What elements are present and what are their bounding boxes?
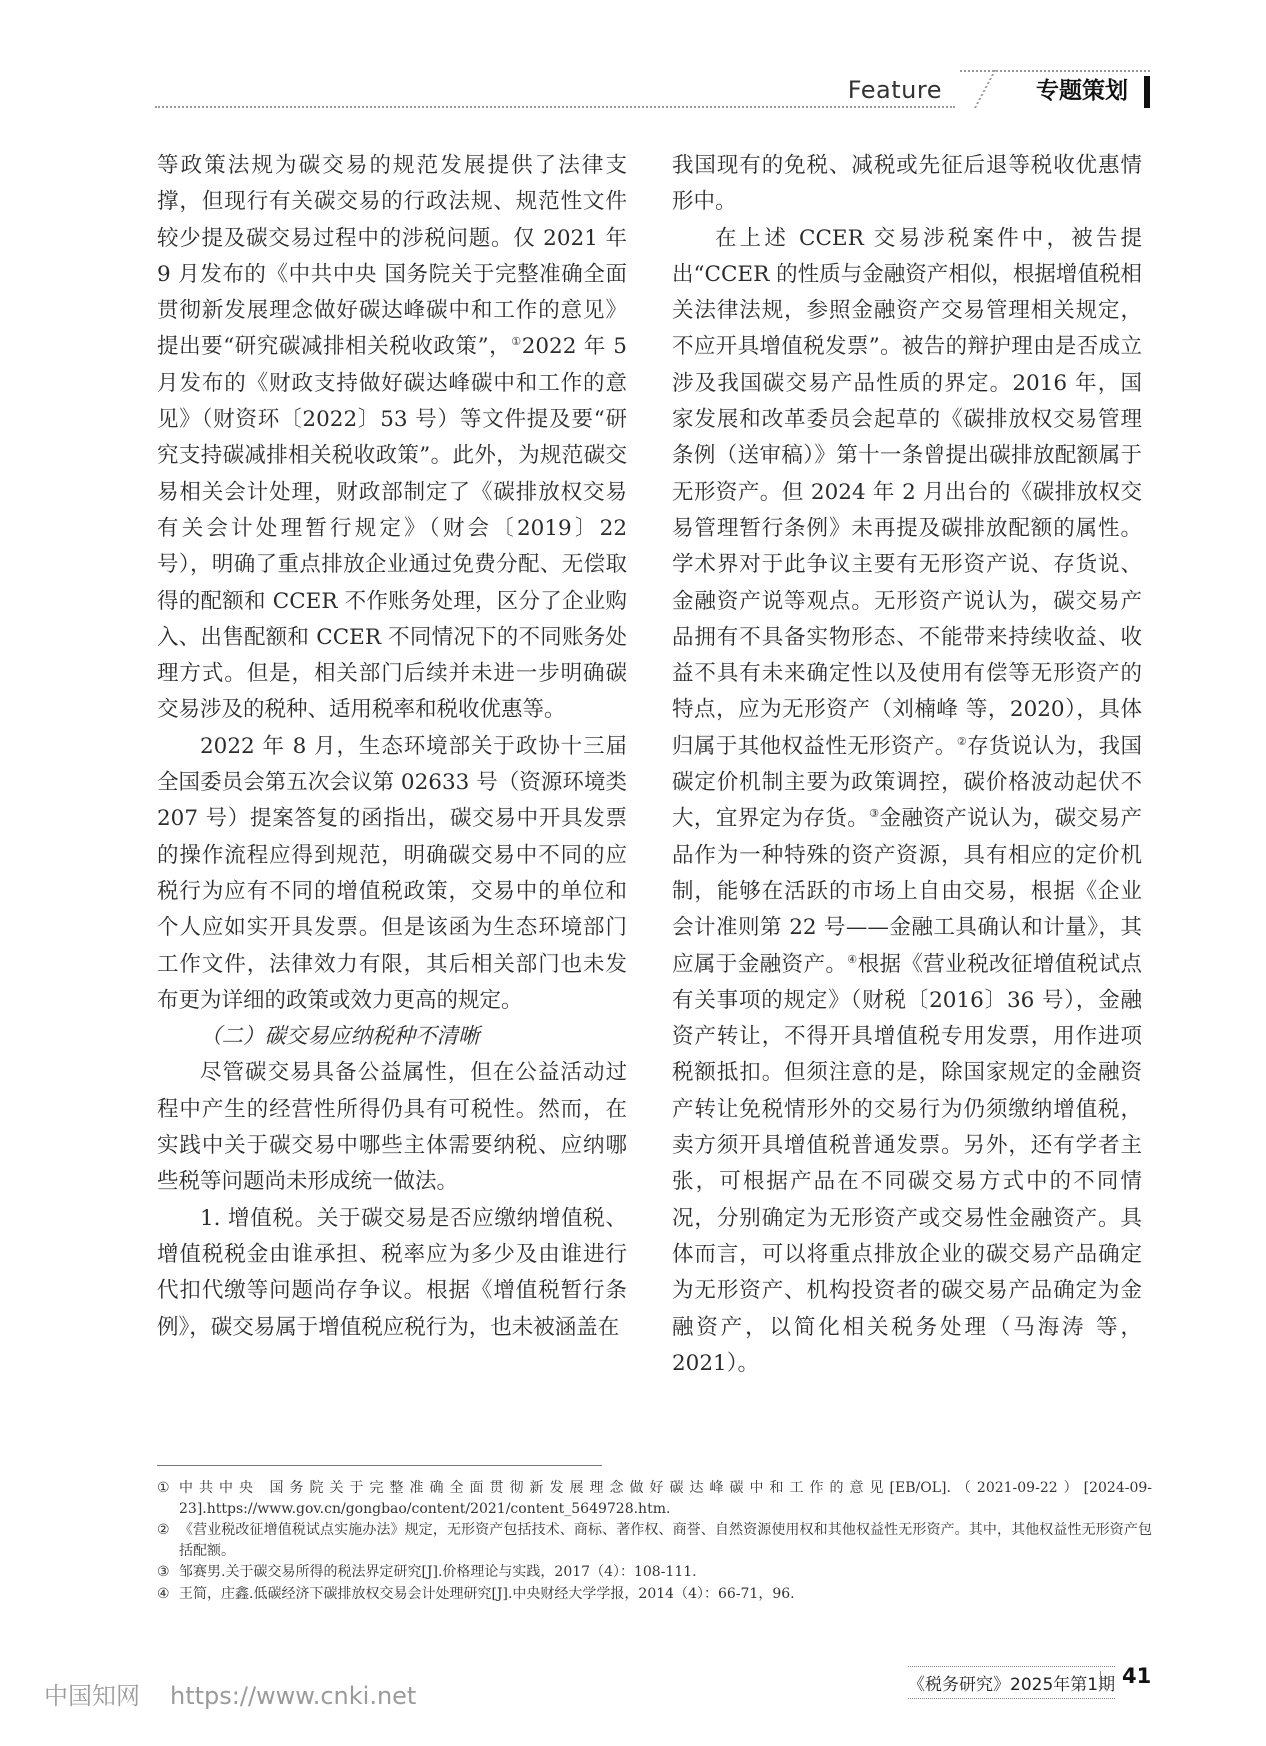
footnote-item: ② 《营业税改征增值税试点实施办法》规定，无形资产包括技术、商标、著作权、商誉、… — [157, 1520, 1152, 1561]
section-label-en: Feature — [848, 76, 942, 104]
cnki-watermark: 中国知网https://www.cnki.net — [44, 1676, 416, 1711]
footnote-item: ④ 王简，庄鑫.低碳经济下碳排放权交易会计处理研究[J].中央财经大学学报，20… — [157, 1584, 1152, 1605]
paragraph-text: 2022 年 5 月发布的《财政支持做好碳达峰碳中和工作的意见》（财资环〔202… — [157, 334, 627, 722]
watermark-url[interactable]: https://www.cnki.net — [170, 1682, 416, 1710]
right-column: 我国现有的免税、减税或先征后退等税收优惠情形中。 在上述 CCER 交易涉税案件… — [672, 148, 1142, 1382]
header-slash-divider — [974, 70, 998, 108]
footer-divider — [1100, 1671, 1101, 1691]
footnote-number: ③ — [157, 1562, 179, 1583]
paragraph: 尽管碳交易具备公益属性，但在公益活动过程中产生的经营性所得仍具有可税性。然而，在… — [157, 1055, 627, 1200]
running-header: Feature 专题策划 — [155, 70, 1150, 112]
paragraph: 2022 年 8 月，生态环境部关于政协十三届全国委员会第五次会议第 02633… — [157, 729, 627, 1019]
header-dotted-rule — [155, 106, 955, 108]
footnote-ref-3[interactable]: ③ — [869, 807, 879, 820]
footnote-number: ① — [157, 1478, 179, 1519]
paragraph-text: 根据《营业税改征增值税试点有关事项的规定》（财税〔2016〕36 号），金融资产… — [672, 952, 1142, 1376]
header-bar-marker — [1144, 76, 1150, 108]
footnote-ref-4[interactable]: ④ — [847, 952, 857, 965]
footnote-text: 邹赛男.关于碳交易所得的税法界定研究[J].价格理论与实践，2017（4）：10… — [179, 1562, 1152, 1583]
footnote-text: 中共中央 国务院关于完整准确全面贯彻新发展理念做好碳达峰碳中和工作的意见[EB/… — [179, 1478, 1152, 1519]
footnote-separator — [157, 1465, 602, 1466]
paragraph: 1. 增值税。关于碳交易是否应缴纳增值税、增值税税金由谁承担、税率应为多少及由谁… — [157, 1201, 627, 1346]
footnote-ref-2[interactable]: ② — [957, 735, 967, 748]
footnote-text: 王简，庄鑫.低碳经济下碳排放权交易会计处理研究[J].中央财经大学学报，2014… — [179, 1584, 1152, 1605]
paragraph-text: 等政策法规为碳交易的规范发展提供了法律支撑，但现行有关碳交易的行政法规、规范性文… — [157, 153, 627, 359]
watermark-brand: 中国知网 — [44, 1682, 140, 1710]
page-number: 41 — [1122, 1664, 1151, 1688]
left-column: 等政策法规为碳交易的规范发展提供了法律支撑，但现行有关碳交易的行政法规、规范性文… — [157, 148, 627, 1346]
paragraph: 我国现有的免税、减税或先征后退等税收优惠情形中。 — [672, 148, 1142, 221]
paragraph-text: 在上述 CCER 交易涉税案件中，被告提出“CCER 的性质与金融资产相似，根据… — [672, 226, 1142, 759]
subheading: （二）碳交易应纳税种不清晰 — [157, 1019, 627, 1055]
footnote-item: ③ 邹赛男.关于碳交易所得的税法界定研究[J].价格理论与实践，2017（4）：… — [157, 1562, 1152, 1583]
footnote-number: ④ — [157, 1584, 179, 1605]
section-label-cn: 专题策划 — [1036, 72, 1128, 105]
paragraph: 等政策法规为碳交易的规范发展提供了法律支撑，但现行有关碳交易的行政法规、规范性文… — [157, 148, 627, 729]
footnote-text: 《营业税改征增值税试点实施办法》规定，无形资产包括技术、商标、著作权、商誉、自然… — [179, 1520, 1152, 1561]
paragraph: 在上述 CCER 交易涉税案件中，被告提出“CCER 的性质与金融资产相似，根据… — [672, 221, 1142, 1383]
footnote-number: ② — [157, 1520, 179, 1561]
footnotes: ① 中共中央 国务院关于完整准确全面贯彻新发展理念做好碳达峰碳中和工作的意见[E… — [157, 1478, 1152, 1605]
footnote-item: ① 中共中央 国务院关于完整准确全面贯彻新发展理念做好碳达峰碳中和工作的意见[E… — [157, 1478, 1152, 1519]
journal-issue: 《税务研究》2025年第1期 — [908, 1666, 1115, 1699]
footnote-ref-1[interactable]: ① — [511, 335, 521, 348]
